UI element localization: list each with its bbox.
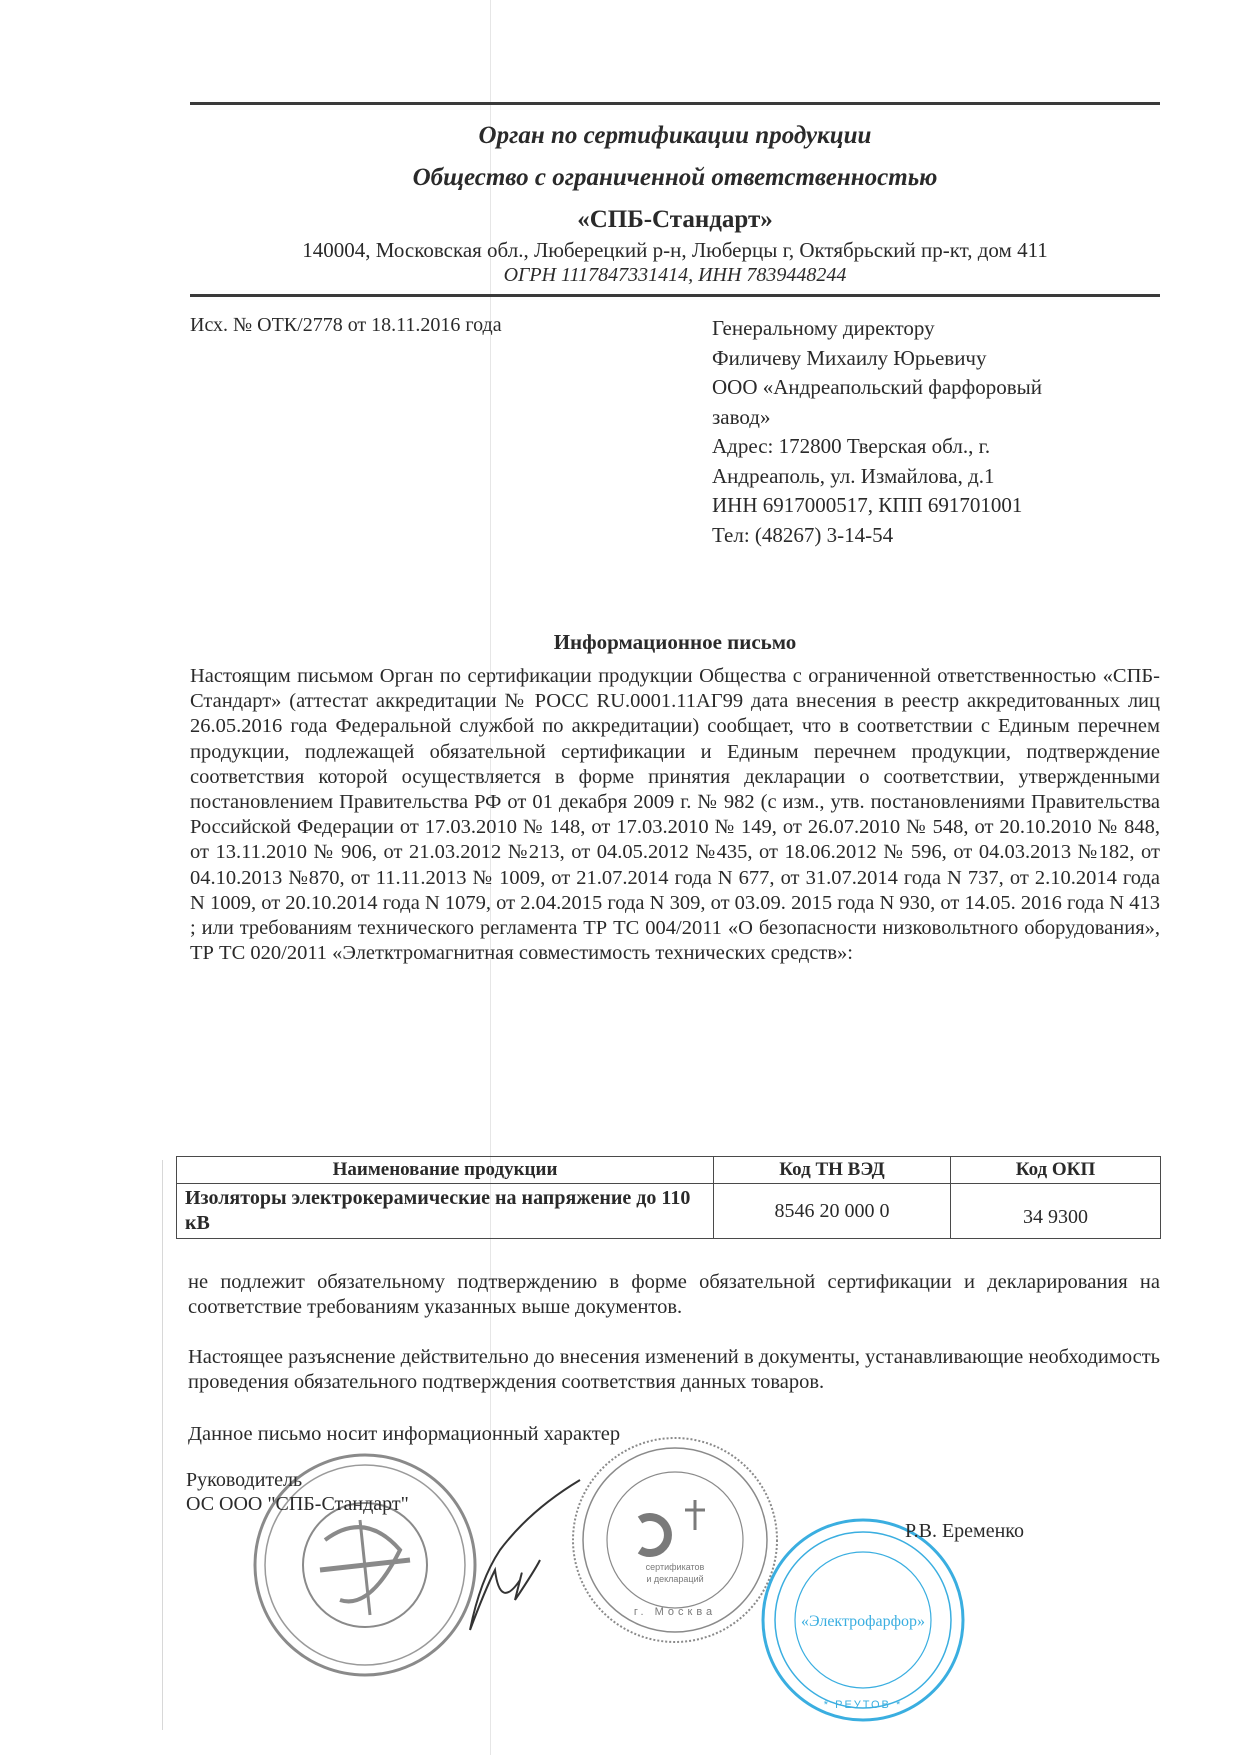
conclusion-paragraph: не подлежит обязательному подтверждению … [188,1270,1160,1320]
header-top-rule [190,102,1160,105]
recipient-line: ООО «Андреапольский фарфоровый [712,373,1132,403]
outgoing-reference: Исх. № ОТК/2778 от 18.11.2016 года [190,314,502,337]
svg-text:* РЕУТОВ *: * РЕУТОВ * [824,1699,902,1711]
column-header-okp: Код ОКП [951,1157,1161,1184]
svg-text:и деклараций: и деклараций [646,1574,703,1584]
header-bottom-rule [190,294,1160,297]
header-line-2: Общество с ограниченной ответственностью [190,164,1160,192]
header-org-name: «СПБ-Стандарт» [190,206,1160,234]
header-line-1: Орган по сертификации продукции [190,122,1160,150]
cell-tn-ved: 8546 20 000 0 [714,1184,951,1239]
handwritten-signature-icon [440,1470,590,1640]
signer-name: Р.В. Еременко [905,1520,1024,1543]
scan-edge-line [162,1160,163,1730]
recipient-block: Генеральному директору Филичеву Михаилу … [712,314,1132,550]
svg-text:г. Москва: г. Москва [634,1606,716,1618]
body-paragraph: Настоящим письмом Орган по сертификации … [190,664,1160,966]
column-header-product-name: Наименование продукции [177,1157,714,1184]
recipient-line: Тел: (48267) 3-14-54 [712,521,1132,551]
letter-title: Информационное письмо [190,630,1160,655]
table-row: Изоляторы электрокерамические на напряже… [177,1184,1161,1239]
svg-text:сертификатов: сертификатов [646,1562,705,1572]
cell-okp: 34 9300 [951,1184,1161,1239]
recipient-line: Андреаполь, ул. Измайлова, д.1 [712,462,1132,492]
cell-product-name: Изоляторы электрокерамические на напряже… [177,1184,714,1239]
column-header-tn-ved: Код ТН ВЭД [714,1157,951,1184]
validity-paragraph: Настоящее разъяснение действительно до в… [188,1345,1160,1395]
recipient-line: Генеральному директору [712,314,1132,344]
header-address: 140004, Московская обл., Люберецкий р-н,… [190,238,1160,263]
middle-certification-stamp-icon: сертификатов и деклараций г. Москва [565,1430,785,1650]
right-electrofarfor-stamp-icon: «Электрофарфор» * РЕУТОВ * [758,1515,968,1725]
signer-position-line-2: ОС ООО "СПБ-Стандарт" [186,1492,409,1516]
svg-text:«Электрофарфор»: «Электрофарфор» [801,1613,925,1630]
recipient-line: завод» [712,403,1132,433]
product-table: Наименование продукции Код ТН ВЭД Код ОК… [176,1156,1161,1239]
recipient-line: Филичеву Михаилу Юрьевичу [712,344,1132,374]
recipient-line: ИНН 6917000517, КПП 691701001 [712,491,1132,521]
table-header-row: Наименование продукции Код ТН ВЭД Код ОК… [177,1157,1161,1184]
signer-position-line-1: Руководитель [186,1468,409,1492]
signature-block: Руководитель ОС ООО "СПБ-Стандарт" [186,1468,409,1516]
recipient-line: Адрес: 172800 Тверская обл., г. [712,432,1132,462]
header-registration: ОГРН 1117847331414, ИНН 7839448244 [190,264,1160,287]
